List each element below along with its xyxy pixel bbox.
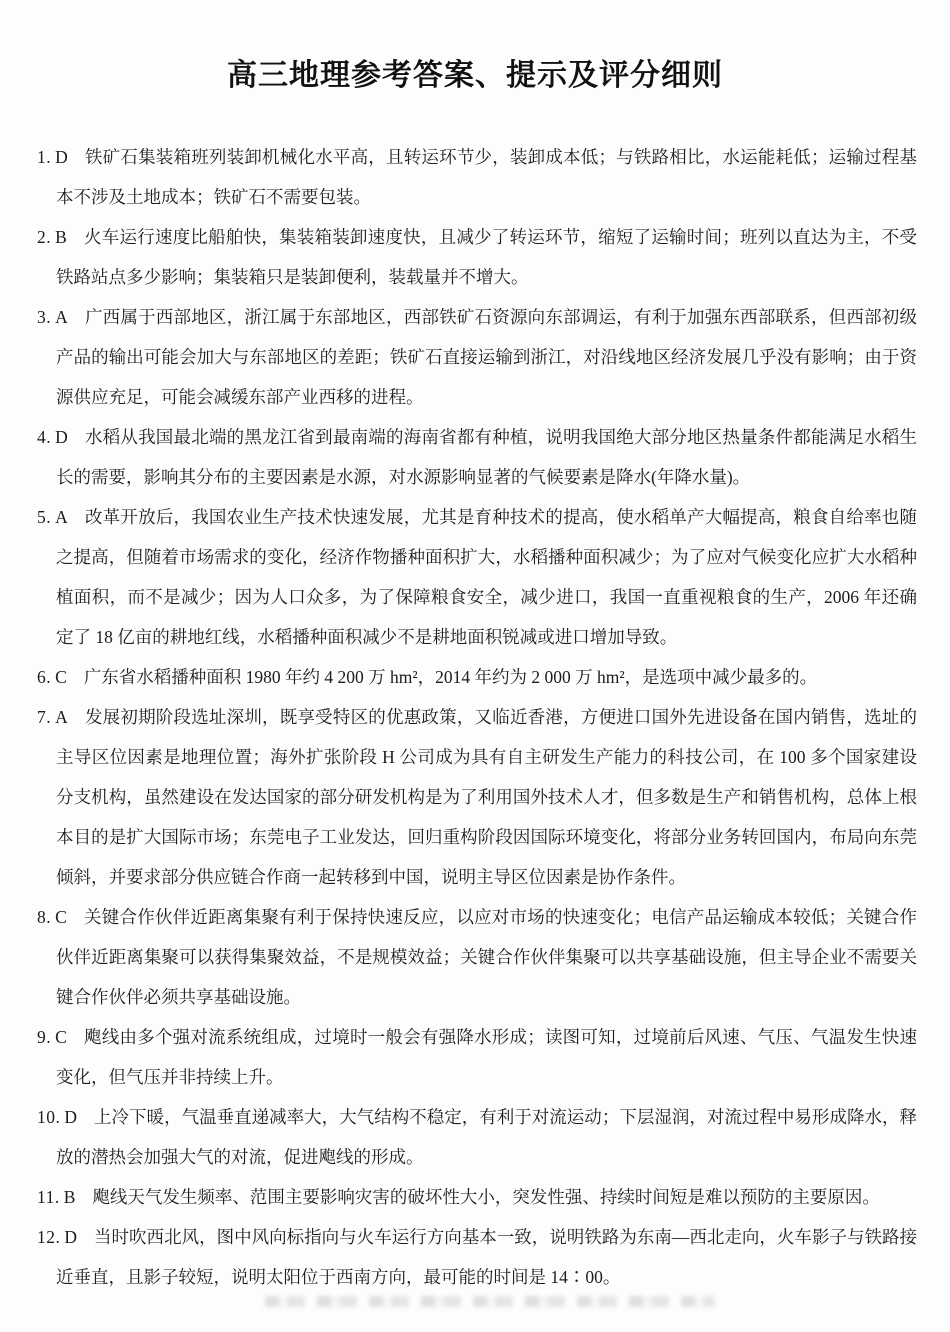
answer-item-7: 7.A发展初期阶段选址深圳，既享受特区的优惠政策，又临近香港，方便进口国外先进设… bbox=[37, 697, 917, 897]
answer-item-10: 10.D上冷下暖，气温垂直递减率大，大气结构不稳定，有利于对流运动；下层湿润，对… bbox=[37, 1097, 917, 1177]
answer-number: 9. bbox=[37, 1027, 51, 1047]
answer-text: 飑线由多个强对流系统组成，过境时一般会有强降水形成；读图可知，过境前后风速、气压… bbox=[56, 1027, 917, 1087]
document-page: { "page": { "title": "高三地理参考答案、提示及评分细则" … bbox=[0, 0, 950, 1332]
answer-choice: A bbox=[55, 507, 68, 527]
answer-choice: D bbox=[55, 427, 68, 447]
scan-artifact bbox=[265, 1296, 715, 1307]
answer-item-5: 5.A改革开放后，我国农业生产技术快速发展，尤其是育种技术的提高，使水稻单产大幅… bbox=[37, 497, 917, 657]
answer-choice: A bbox=[55, 307, 68, 327]
answer-number: 5. bbox=[37, 507, 51, 527]
answer-item-2: 2.B火车运行速度比船舶快，集装箱装卸速度快，且减少了转运环节，缩短了运输时间；… bbox=[37, 217, 917, 297]
page-title: 高三地理参考答案、提示及评分细则 bbox=[0, 50, 950, 94]
answer-number: 8. bbox=[37, 907, 51, 927]
answer-choice: D bbox=[55, 147, 68, 167]
answer-item-9: 9.C飑线由多个强对流系统组成，过境时一般会有强降水形成；读图可知，过境前后风速… bbox=[37, 1017, 917, 1097]
answer-item-4: 4.D水稻从我国最北端的黑龙江省到最南端的海南省都有种植，说明我国绝大部分地区热… bbox=[37, 417, 917, 497]
answer-text: 改革开放后，我国农业生产技术快速发展，尤其是育种技术的提高，使水稻单产大幅提高，… bbox=[56, 507, 917, 647]
answer-number: 1. bbox=[37, 147, 51, 167]
answer-number: 4. bbox=[37, 427, 51, 447]
answer-item-1: 1.D铁矿石集装箱班列装卸机械化水平高，且转运环节少，装卸成本低；与铁路相比，水… bbox=[37, 137, 917, 217]
answer-item-11: 11.B飑线天气发生频率、范围主要影响灾害的破坏性大小，突发性强、持续时间短是难… bbox=[37, 1177, 917, 1217]
answer-choice: C bbox=[55, 907, 67, 927]
answer-text: 广西属于西部地区，浙江属于东部地区，西部铁矿石资源向东部调运，有利于加强东西部联… bbox=[56, 307, 917, 407]
answer-text: 水稻从我国最北端的黑龙江省到最南端的海南省都有种植，说明我国绝大部分地区热量条件… bbox=[56, 427, 917, 487]
answer-choice: B bbox=[64, 1187, 76, 1207]
answer-text: 关键合作伙伴近距离集聚有利于保持快速反应，以应对市场的快速变化；电信产品运输成本… bbox=[56, 907, 917, 1007]
answer-item-3: 3.A广西属于西部地区，浙江属于东部地区，西部铁矿石资源向东部调运，有利于加强东… bbox=[37, 297, 917, 417]
answer-choice: D bbox=[64, 1107, 77, 1127]
answer-text: 发展初期阶段选址深圳，既享受特区的优惠政策，又临近香港，方便进口国外先进设备在国… bbox=[56, 707, 917, 887]
answer-choice: C bbox=[55, 667, 67, 687]
answer-number: 11. bbox=[37, 1187, 60, 1207]
answer-item-8: 8.C关键合作伙伴近距离集聚有利于保持快速反应，以应对市场的快速变化；电信产品运… bbox=[37, 897, 917, 1017]
answer-choice: C bbox=[55, 1027, 67, 1047]
answer-number: 7. bbox=[37, 707, 51, 727]
answer-number: 6. bbox=[37, 667, 51, 687]
answer-number: 10. bbox=[37, 1107, 60, 1127]
answer-text: 上冷下暖，气温垂直递减率大，大气结构不稳定，有利于对流运动；下层湿润，对流过程中… bbox=[56, 1107, 917, 1167]
answer-choice: A bbox=[55, 707, 68, 727]
answer-item-12: 12.D当时吹西北风，图中风向标指向与火车运行方向基本一致，说明铁路为东南—西北… bbox=[37, 1217, 917, 1297]
answer-choice: D bbox=[64, 1227, 77, 1247]
answer-number: 2. bbox=[37, 227, 51, 247]
answer-item-6: 6.C广东省水稻播种面积 1980 年约 4 200 万 hm²，2014 年约… bbox=[37, 657, 917, 697]
answer-text: 广东省水稻播种面积 1980 年约 4 200 万 hm²，2014 年约为 2… bbox=[84, 667, 817, 687]
answer-text: 飑线天气发生频率、范围主要影响灾害的破坏性大小，突发性强、持续时间短是难以预防的… bbox=[92, 1187, 880, 1207]
answer-text: 当时吹西北风，图中风向标指向与火车运行方向基本一致，说明铁路为东南—西北走向，火… bbox=[56, 1227, 917, 1287]
answers-list: 1.D铁矿石集装箱班列装卸机械化水平高，且转运环节少，装卸成本低；与铁路相比，水… bbox=[37, 137, 917, 1297]
answer-text: 火车运行速度比船舶快，集装箱装卸速度快，且减少了转运环节，缩短了运输时间；班列以… bbox=[56, 227, 917, 287]
answer-choice: B bbox=[55, 227, 67, 247]
answer-text: 铁矿石集装箱班列装卸机械化水平高，且转运环节少，装卸成本低；与铁路相比，水运能耗… bbox=[56, 147, 917, 207]
answer-number: 12. bbox=[37, 1227, 60, 1247]
answer-number: 3. bbox=[37, 307, 51, 327]
